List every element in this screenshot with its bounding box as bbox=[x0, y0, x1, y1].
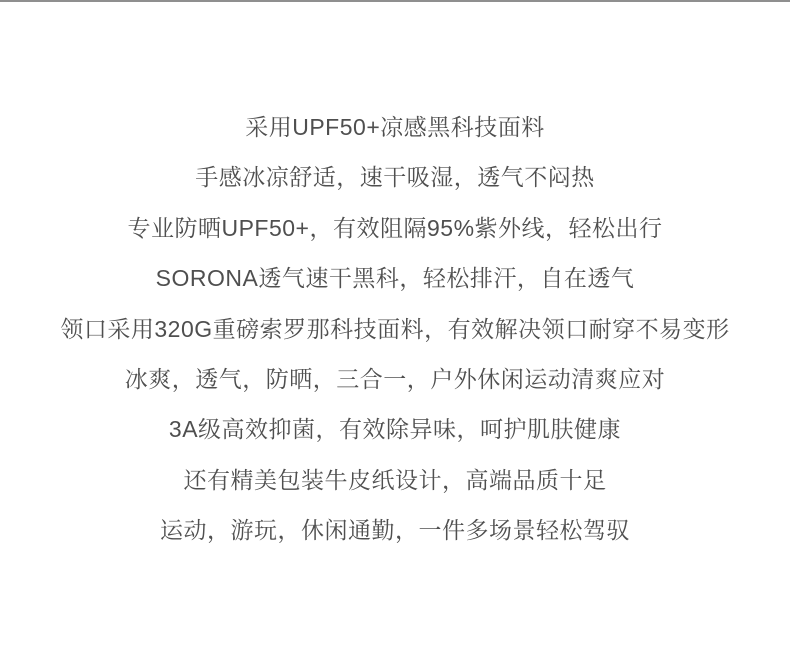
product-description-page: 采用UPF50+凉感黑科技面料 手感冰凉舒适，速干吸湿，透气不闷热 专业防晒UP… bbox=[0, 0, 790, 665]
selling-point-sun-protection: 专业防晒UPF50+，有效阻隔95%紫外线，轻松出行 bbox=[0, 203, 790, 253]
selling-point-packaging: 还有精美包装牛皮纸设计，高端品质十足 bbox=[0, 455, 790, 505]
top-divider bbox=[0, 0, 790, 2]
selling-point-cool-touch: 手感冰凉舒适，速干吸湿，透气不闷热 bbox=[0, 152, 790, 202]
product-selling-points: 采用UPF50+凉感黑科技面料 手感冰凉舒适，速干吸湿，透气不闷热 专业防晒UP… bbox=[0, 102, 790, 556]
selling-point-fabric: 采用UPF50+凉感黑科技面料 bbox=[0, 102, 790, 152]
selling-point-scenarios: 运动，游玩，休闲通勤，一件多场景轻松驾驭 bbox=[0, 505, 790, 555]
selling-point-collar: 领口采用320G重磅索罗那科技面料，有效解决领口耐穿不易变形 bbox=[0, 304, 790, 354]
selling-point-sorona: SORONA透气速干黑科，轻松排汗，自在透气 bbox=[0, 253, 790, 303]
selling-point-three-in-one: 冰爽，透气，防晒，三合一，户外休闲运动清爽应对 bbox=[0, 354, 790, 404]
selling-point-antibacterial: 3A级高效抑菌，有效除异味，呵护肌肤健康 bbox=[0, 404, 790, 454]
